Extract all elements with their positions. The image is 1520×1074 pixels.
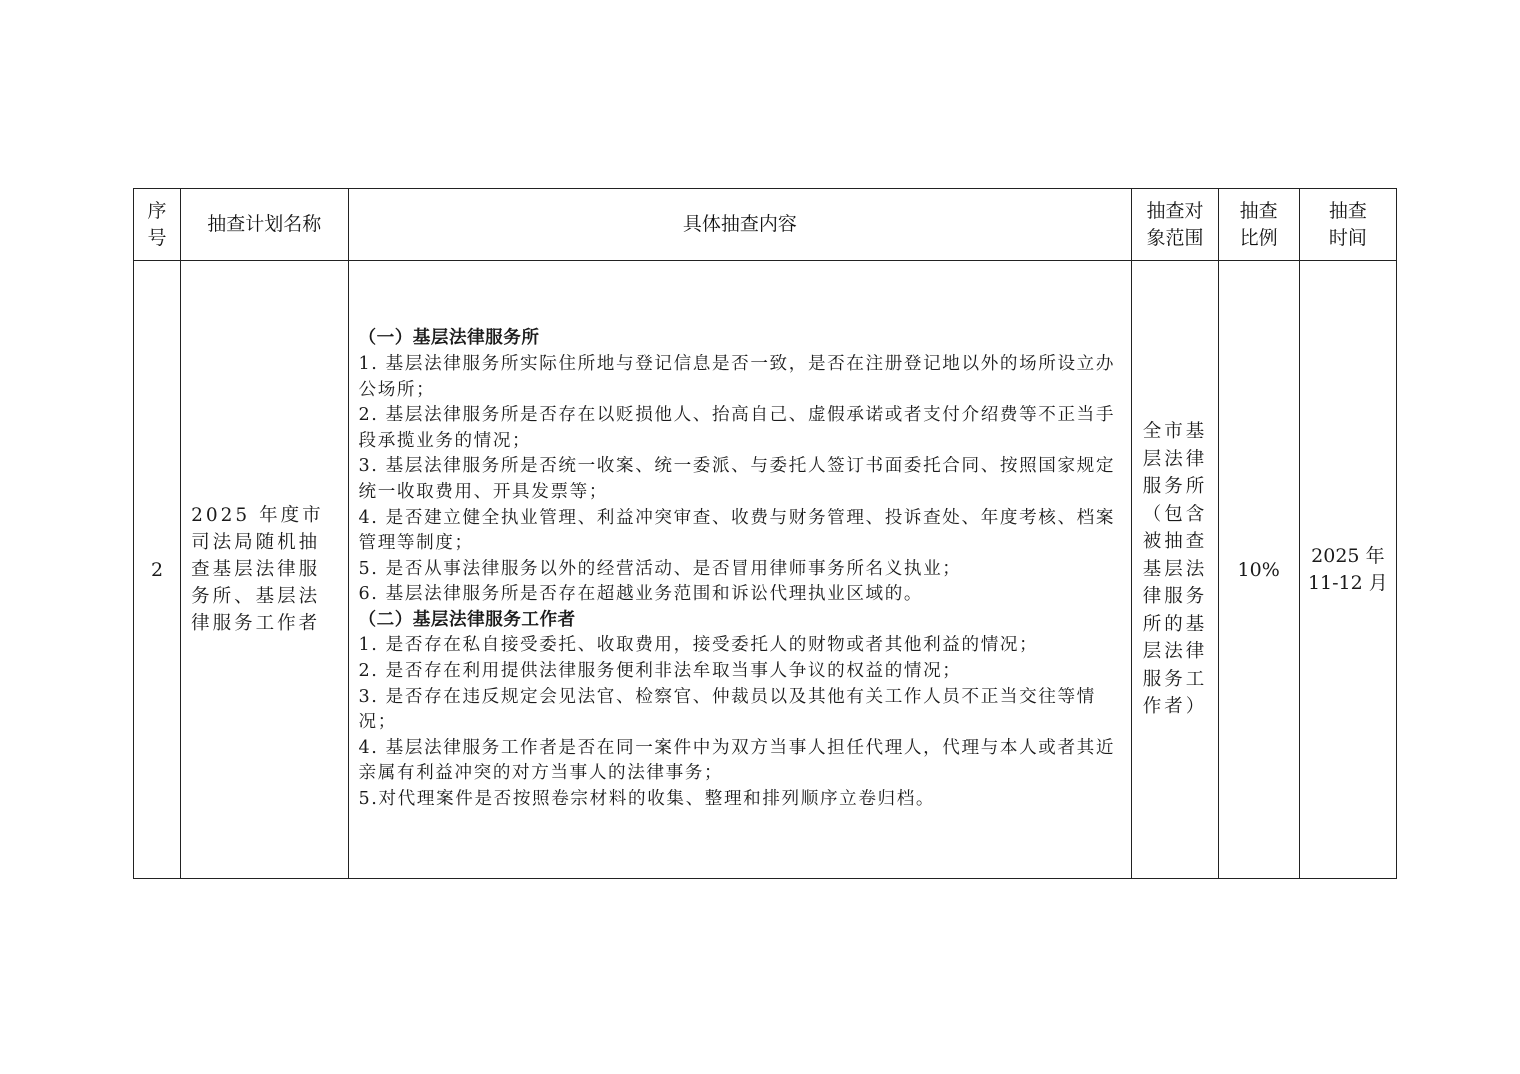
header-time: 抽查 时间	[1299, 189, 1396, 261]
content-item: 4. 基层法律服务工作者是否在同一案件中为双方当事人担任代理人，代理与本人或者其…	[359, 736, 1122, 787]
time-cell: 2025 年 11-12 月	[1299, 261, 1396, 879]
content-item: 1. 是否存在私自接受委托、收取费用，接受委托人的财物或者其他利益的情况；	[359, 633, 1122, 659]
section-heading-service-workers: （二）基层法律服务工作者	[359, 608, 1122, 634]
inspection-plan-table: 序 号 抽查计划名称 具体抽查内容 抽查对 象范围 抽查 比例 抽查 时间 2 …	[133, 188, 1397, 879]
table-header-row: 序 号 抽查计划名称 具体抽查内容 抽查对 象范围 抽查 比例 抽查 时间	[134, 189, 1397, 261]
content-item: 3. 是否存在违反规定会见法官、检察官、仲裁员以及其他有关工作人员不正当交往等情…	[359, 685, 1122, 736]
content-cell: （一）基层法律服务所 1. 基层法律服务所实际住所地与登记信息是否一致，是否在注…	[348, 261, 1132, 879]
header-serial-number: 序 号	[134, 189, 181, 261]
content-item: 2. 基层法律服务所是否存在以贬损他人、抬高自己、虚假承诺或者支付介绍费等不正当…	[359, 403, 1122, 454]
serial-number-cell: 2	[134, 261, 181, 879]
section-heading-service-office: （一）基层法律服务所	[359, 326, 1122, 352]
plan-name-cell: 2025 年度市司法局随机抽查基层法律服务所、基层法律服务工作者	[181, 261, 348, 879]
scope-cell: 全市基层法律服务所（包含被抽查基层法律服务所的基层法律服务工作者）	[1132, 261, 1218, 879]
ratio-cell: 10%	[1218, 261, 1299, 879]
header-scope: 抽查对 象范围	[1132, 189, 1218, 261]
content-item: 1. 基层法律服务所实际住所地与登记信息是否一致，是否在注册登记地以外的场所设立…	[359, 352, 1122, 403]
content-item: 2. 是否存在利用提供法律服务便利非法牟取当事人争议的权益的情况；	[359, 659, 1122, 685]
content-item: 6. 基层法律服务所是否存在超越业务范围和诉讼代理执业区域的。	[359, 582, 1122, 608]
header-content: 具体抽查内容	[348, 189, 1132, 261]
content-item: 5.对代理案件是否按照卷宗材料的收集、整理和排列顺序立卷归档。	[359, 787, 1122, 813]
content-item: 4. 是否建立健全执业管理、利益冲突审查、收费与财务管理、投诉查处、年度考核、档…	[359, 506, 1122, 557]
content-item: 5. 是否从事法律服务以外的经营活动、是否冒用律师事务所名义执业；	[359, 557, 1122, 583]
header-ratio: 抽查 比例	[1218, 189, 1299, 261]
header-plan-name: 抽查计划名称	[181, 189, 348, 261]
content-item: 3. 基层法律服务所是否统一收案、统一委派、与委托人签订书面委托合同、按照国家规…	[359, 454, 1122, 505]
table-row: 2 2025 年度市司法局随机抽查基层法律服务所、基层法律服务工作者 （一）基层…	[134, 261, 1397, 879]
